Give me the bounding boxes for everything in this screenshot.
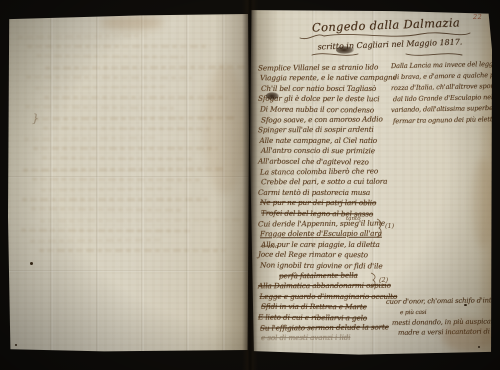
poem-line: All'arboscel che d'agitevol rezo: [258, 157, 369, 165]
bleedthrough-line: [33, 147, 218, 150]
stain: [472, 158, 494, 248]
bleedthrough-line: [36, 55, 184, 60]
bleedthrough-line: [27, 45, 210, 48]
poem-line: Alle pur le care piaggie, la diletta: [261, 241, 380, 248]
paper-speck: [464, 304, 467, 306]
stain: [442, 320, 494, 352]
bleedthrough-line: [21, 228, 190, 232]
manuscript-scan: } 22 Congedo dalla Dalmazia scritto in C…: [0, 0, 500, 370]
bleedthrough-line: [39, 249, 226, 252]
bleedthrough-line: [24, 136, 156, 140]
poem-line: Legge e guardo d'immaginario occulto: [260, 293, 398, 300]
poem-line: e sol di mesti avanzi i lidi: [261, 334, 350, 342]
bleedthrough-line: [25, 106, 174, 111]
stain: [100, 16, 164, 30]
left-page: }: [8, 14, 249, 352]
poem-line: E lieto di cui e ribellarvi a gelo: [258, 313, 367, 321]
poem-line: Alle nate campagne, al Ciel natio: [260, 137, 378, 144]
poem-line: Sfogo soave, e con amoroso Addio: [261, 115, 383, 123]
poem-column: Semplice Villanel se a stranio lidoViagg…: [258, 64, 394, 354]
poem-line: Ne pur ne pur dei patrj lari oblio: [259, 199, 375, 207]
brace-mark: [370, 272, 378, 288]
footnote-marker-2: (2): [379, 276, 388, 284]
interline-note: tanto: [346, 216, 361, 222]
correction-line: e più casi: [400, 311, 427, 317]
poem-line: Viaggia repente, e le native campagne: [259, 74, 396, 82]
page-number: 22: [473, 13, 482, 21]
bleedthrough-line: [35, 85, 166, 89]
gutter-shadow: [242, 0, 258, 370]
bleedthrough-line: [41, 187, 174, 191]
poem-line: Non ignobil tra giovine or fidi d'ile: [259, 261, 382, 269]
subtitle: scritto in Cagliari nel Maggio 1817.: [302, 37, 478, 52]
paper-speck: [478, 346, 480, 348]
bleedthrough-line: [31, 208, 182, 213]
poem-line: Joce del Rege rimator e questo: [258, 251, 368, 259]
paper-speck: [30, 262, 33, 265]
poem-line: Carmi tentò di pastorecia musa: [258, 189, 370, 196]
fold-crease: [96, 14, 99, 352]
poem-line: All'antro conscio di sue primizie: [261, 147, 375, 155]
subtitle-flourish: [306, 50, 474, 60]
brace-mark: [376, 218, 384, 238]
bleedthrough-line: [23, 167, 226, 171]
interline-note: e viva: [262, 244, 278, 250]
bleedthrough-line: [18, 34, 148, 38]
fold-crease: [186, 14, 189, 352]
page-title: Congedo dalla Dalmazia: [298, 15, 474, 35]
ink-blot: [336, 46, 354, 54]
ink-blot: [266, 92, 279, 100]
poem-line: perfà fatalmente bella: [279, 272, 358, 280]
fold-crease: [8, 270, 249, 272]
fold-crease: [141, 14, 144, 352]
fold-crease: [50, 14, 53, 352]
footnote-marker-1: (1): [385, 222, 394, 230]
poem-line: Di Morea nubba il cor condenso: [259, 105, 373, 113]
poem-line: Su l'effigiato sermon delude la sorte: [259, 323, 388, 331]
poem-line: Crebbe del pari, e sotto a cui talora: [261, 178, 387, 186]
poem-line: Spinger sull'ale di sospir ardenti: [258, 126, 374, 134]
poem-line: Cui deride l'Appennin, spieg'il lume: [258, 219, 385, 227]
bleedthrough-line: [44, 96, 228, 99]
poem-line: Sfidi in via di Rettrea e Marte: [261, 303, 367, 311]
paper-speck: [15, 344, 17, 346]
pen-mark: }: [32, 112, 39, 125]
poem-line: La stanca colomba liberò che reo: [259, 167, 377, 175]
poem-line: Fragge dolente d'Esculapio all'ara: [259, 230, 381, 238]
poem-line: Semplice Villanel se a stranio lido: [258, 63, 378, 71]
bleedthrough-line: [43, 126, 210, 130]
bleedthrough-line: [42, 157, 192, 162]
correction-line: cuor d'onor, ch'omai schifo d'intrighi,: [386, 297, 500, 306]
poem-line: Ch'il bel cor natio bosci Tagliasò: [261, 85, 376, 92]
right-page: 22 Congedo dalla Dalmazia scritto in Cag…: [250, 8, 492, 356]
